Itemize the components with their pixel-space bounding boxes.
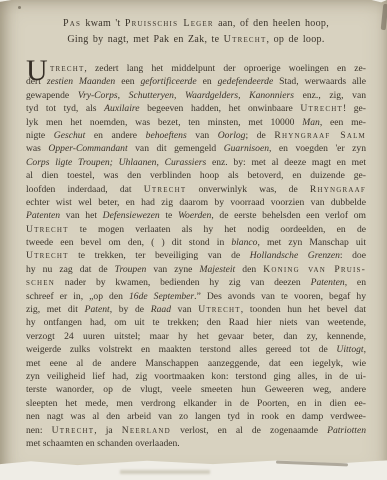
text-line: tweede een bevel om den, ( ) dit stond i… — [26, 236, 366, 249]
text-line: verzogt 24 uuren uitstel; maar hy het ge… — [26, 330, 366, 343]
text-line: Pas kwam 't Pruisschis Leger aan, of den… — [26, 16, 366, 32]
text-line: Patenten van het Defensiewezen te Woerde… — [26, 209, 366, 222]
text-line: sleepten het mede, men verdrong elkander… — [26, 397, 366, 410]
text-line: zig, met dit Patent, by de Raad van Utre… — [26, 303, 366, 316]
text-line: nen: Utrecht, ja Neerland verlost, en al… — [26, 424, 366, 437]
text-line: trecht, zedert lang het middelpunt der o… — [26, 62, 366, 75]
text-line: terste wanorder, op de vlugt, veele smee… — [26, 383, 366, 396]
text-line: hy ontfangen had, om uit te trekken; den… — [26, 316, 366, 329]
body-paragraph: U trecht, zedert lang het middelpunt der… — [26, 62, 366, 450]
scan-artifact-speck — [18, 6, 21, 9]
text-line: lyk men het noemden, was bezet, ten mins… — [26, 116, 366, 129]
text-line: met schaamten en schanden overlaaden. — [26, 437, 366, 450]
text-line: Utrecht te mogen verlaaten als hy het no… — [26, 223, 366, 236]
scan-artifact-bottom — [120, 470, 210, 474]
text-line: Ging by nagt, met Pak en Zak, te Utrecht… — [26, 32, 366, 48]
text-line: met eene al de andere Manschappen aanzeg… — [26, 357, 366, 370]
text-line: hy nu zag dat de Troupen van zyne Majest… — [26, 263, 366, 276]
text-line: tyd tot tyd, als Auxilaire begeeven hadd… — [26, 102, 366, 115]
text-line: al dien toestel, was den verblinden hoop… — [26, 169, 366, 182]
text-line: nigte Geschut en andere behoeftens van O… — [26, 129, 366, 142]
couplet: Pas kwam 't Pruisschis Leger aan, of den… — [26, 16, 366, 47]
document-page: { "page": { "paper_color": "#d8d2c0", "i… — [0, 0, 387, 480]
text-line: zyn veiligheid lief had, zig voortmaaken… — [26, 370, 366, 383]
text-line: was Opper-Commandant van dit gemengeld G… — [26, 142, 366, 155]
text-line: gewapende Vry-Corps, Schutteryen, Waardg… — [26, 89, 366, 102]
text-line: dert zestien Maanden een gefortificeerde… — [26, 75, 366, 88]
text-line: Utrecht te trekken, ter beveiliging van … — [26, 249, 366, 262]
text-line: nen nagt was al den arbeid van zo langen… — [26, 410, 366, 423]
text-line: schen nader by kwamen, bedienden hy zig … — [26, 276, 366, 289]
text-line: Corps ligte Troupen; Uhlaanen, Curassier… — [26, 156, 366, 169]
text-line: echter wist wel beter, en had zig daarom… — [26, 196, 366, 209]
text-line: weigerde zulks volstrekt en maakten ters… — [26, 343, 366, 356]
drop-cap: U — [26, 56, 48, 86]
text-line: schreef er in, „op den 16de September.” … — [26, 290, 366, 303]
text-line: loofden inderdaad, dat Utrecht onverwinl… — [26, 183, 366, 196]
